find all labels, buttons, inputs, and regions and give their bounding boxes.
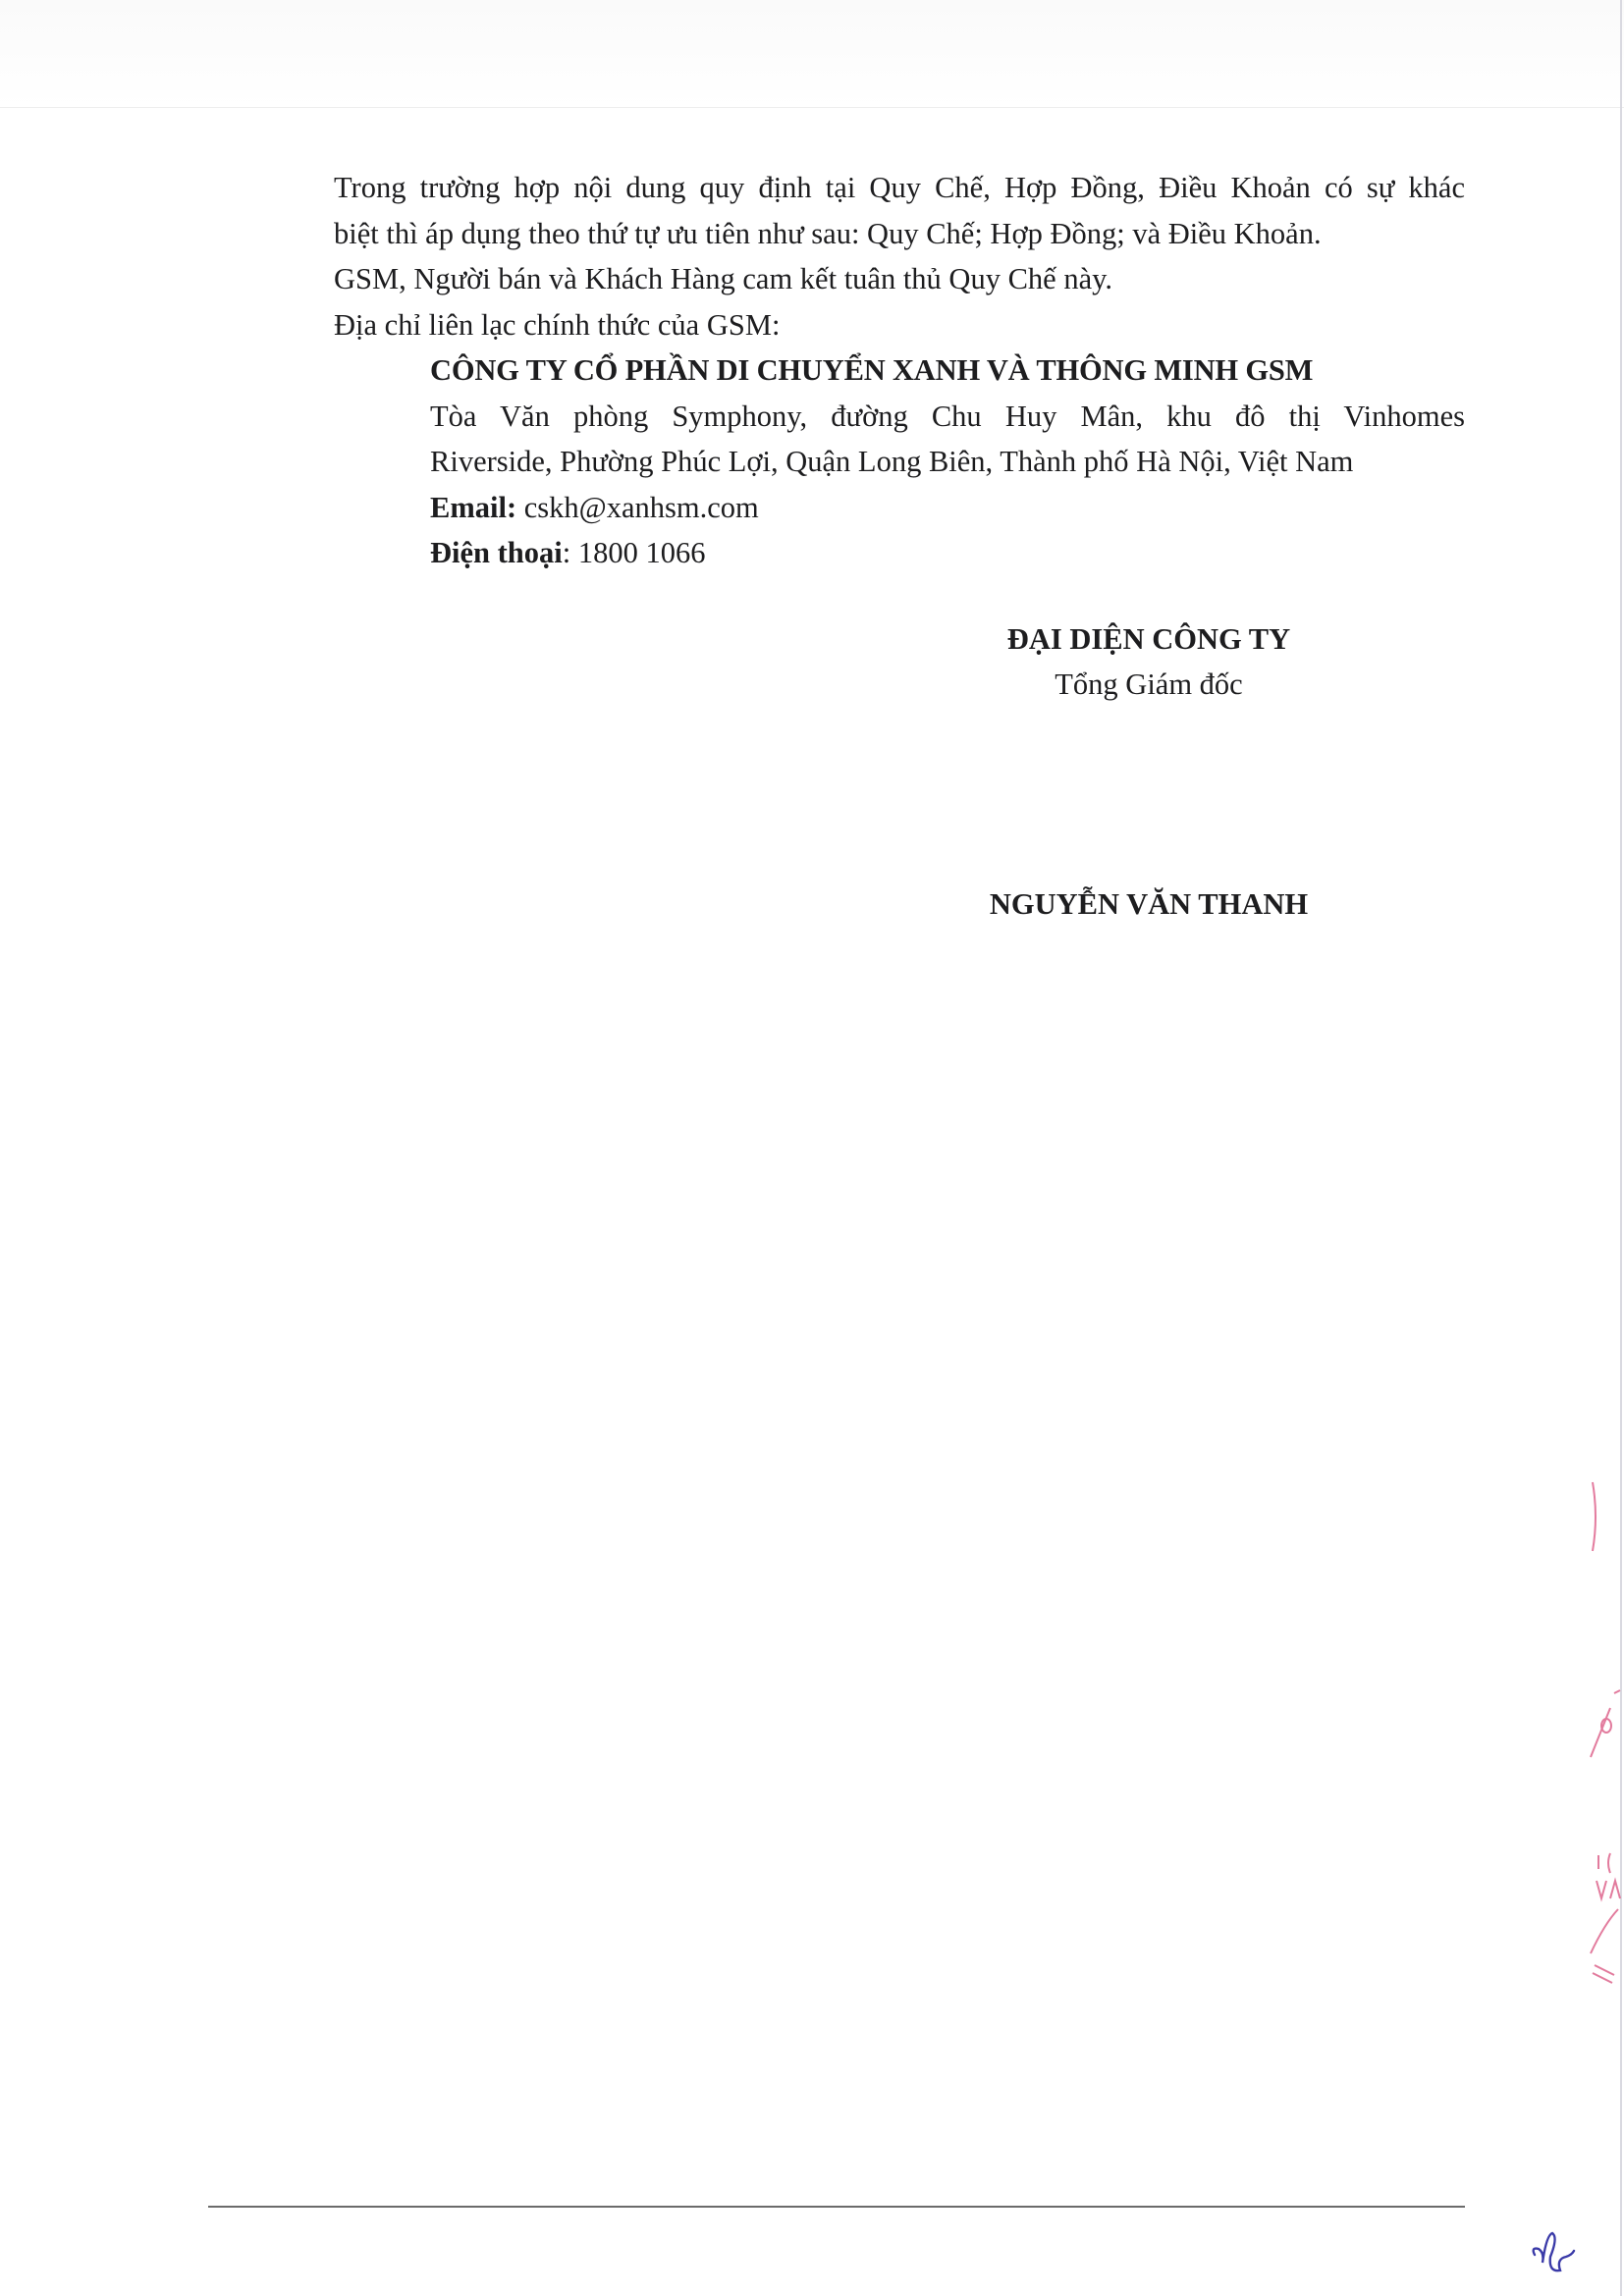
precedence-paragraph: Trong trường hợp nội dung quy định tại Q…: [334, 165, 1465, 347]
email-label: Email:: [430, 491, 516, 524]
signature-title: ĐẠI DIỆN CÔNG TY: [943, 616, 1355, 662]
signatory-name: NGUYỄN VĂN THANH: [943, 881, 1355, 927]
phone-value: : 1800 1066: [563, 536, 706, 569]
paragraph-line: GSM, Người bán và Khách Hàng cam kết tuâ…: [334, 256, 1465, 302]
phone-line: Điện thoại: 1800 1066: [430, 530, 1465, 576]
address-line: Riverside, Phường Phúc Lợi, Quận Long Bi…: [430, 439, 1465, 485]
stamp-fragment-icon: [1571, 1463, 1624, 2012]
footer-rule: [208, 2206, 1465, 2208]
contact-intro: Địa chỉ liên lạc chính thức của GSM:: [334, 302, 1465, 348]
initials-signature-icon: [1527, 2223, 1586, 2282]
email-value[interactable]: cskh@xanhsm.com: [516, 491, 759, 524]
address-line: Tòa Văn phòng Symphony, đường Chu Huy Mâ…: [430, 394, 1465, 440]
signature-role: Tổng Giám đốc: [943, 662, 1355, 707]
scan-artifact-top: [0, 0, 1624, 108]
page-edge-line: [1620, 0, 1622, 2296]
phone-label: Điện thoại: [430, 536, 563, 569]
paragraph-line: Trong trường hợp nội dung quy định tại Q…: [334, 165, 1465, 211]
paragraph-line: biệt thì áp dụng theo thứ tự ưu tiên như…: [334, 211, 1465, 257]
email-line: Email: cskh@xanhsm.com: [430, 485, 1465, 531]
scan-artifact-line: [0, 107, 1624, 108]
company-name: CÔNG TY CỔ PHẦN DI CHUYỂN XANH VÀ THÔNG …: [430, 347, 1465, 394]
contact-block: CÔNG TY CỔ PHẦN DI CHUYỂN XANH VÀ THÔNG …: [430, 347, 1465, 576]
document-body: Trong trường hợp nội dung quy định tại Q…: [334, 165, 1465, 576]
